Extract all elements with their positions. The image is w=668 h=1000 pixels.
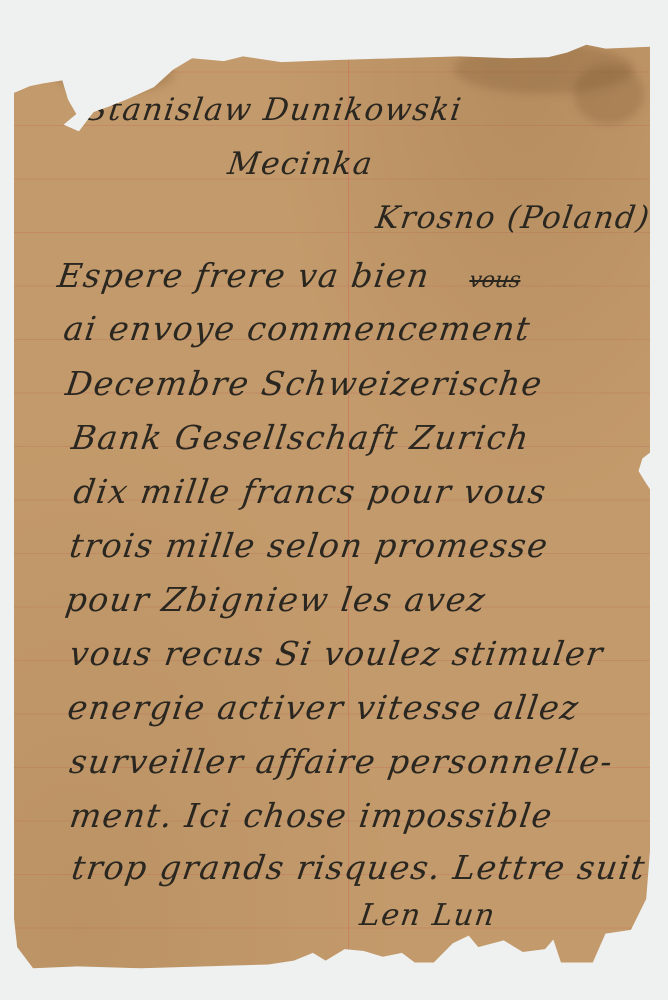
signature: Len Lun <box>358 898 499 933</box>
body-line-6: trois mille selon promesse <box>67 526 551 565</box>
body-line-8: vous recus Si voulez stimuler <box>67 634 606 673</box>
address-name: Stanislaw Dunikowski <box>83 92 464 128</box>
letter-paper: Stanislaw Dunikowski Mecinka Krosno (Pol… <box>14 14 650 976</box>
body-line-12: trop grands risques. Lettre suit <box>69 848 648 887</box>
body-line-3: Decembre Schweizerische <box>63 364 545 403</box>
letter-content: Stanislaw Dunikowski Mecinka Krosno (Pol… <box>14 14 650 976</box>
address-locality: Mecinka <box>225 146 375 182</box>
address-city: Krosno (Poland) <box>373 200 652 236</box>
body-line-2: ai envoye commencement <box>61 309 533 348</box>
body-line-11: ment. Ici chose impossible <box>67 796 555 835</box>
scan-background: Stanislaw Dunikowski Mecinka Krosno (Pol… <box>0 0 668 1000</box>
body-line-9: energie activer vitesse allez <box>65 688 582 727</box>
body-line-1: Espere frere va bien vous <box>55 256 524 295</box>
body-line-5: dix mille francs pour vous <box>71 472 549 511</box>
body-line-10: surveiller affaire personnelle- <box>67 742 616 781</box>
body-line-4: Bank Gesellschaft Zurich <box>69 418 532 457</box>
struck-word: vous <box>468 268 523 293</box>
body-line-7: pour Zbigniew les avez <box>63 580 489 619</box>
